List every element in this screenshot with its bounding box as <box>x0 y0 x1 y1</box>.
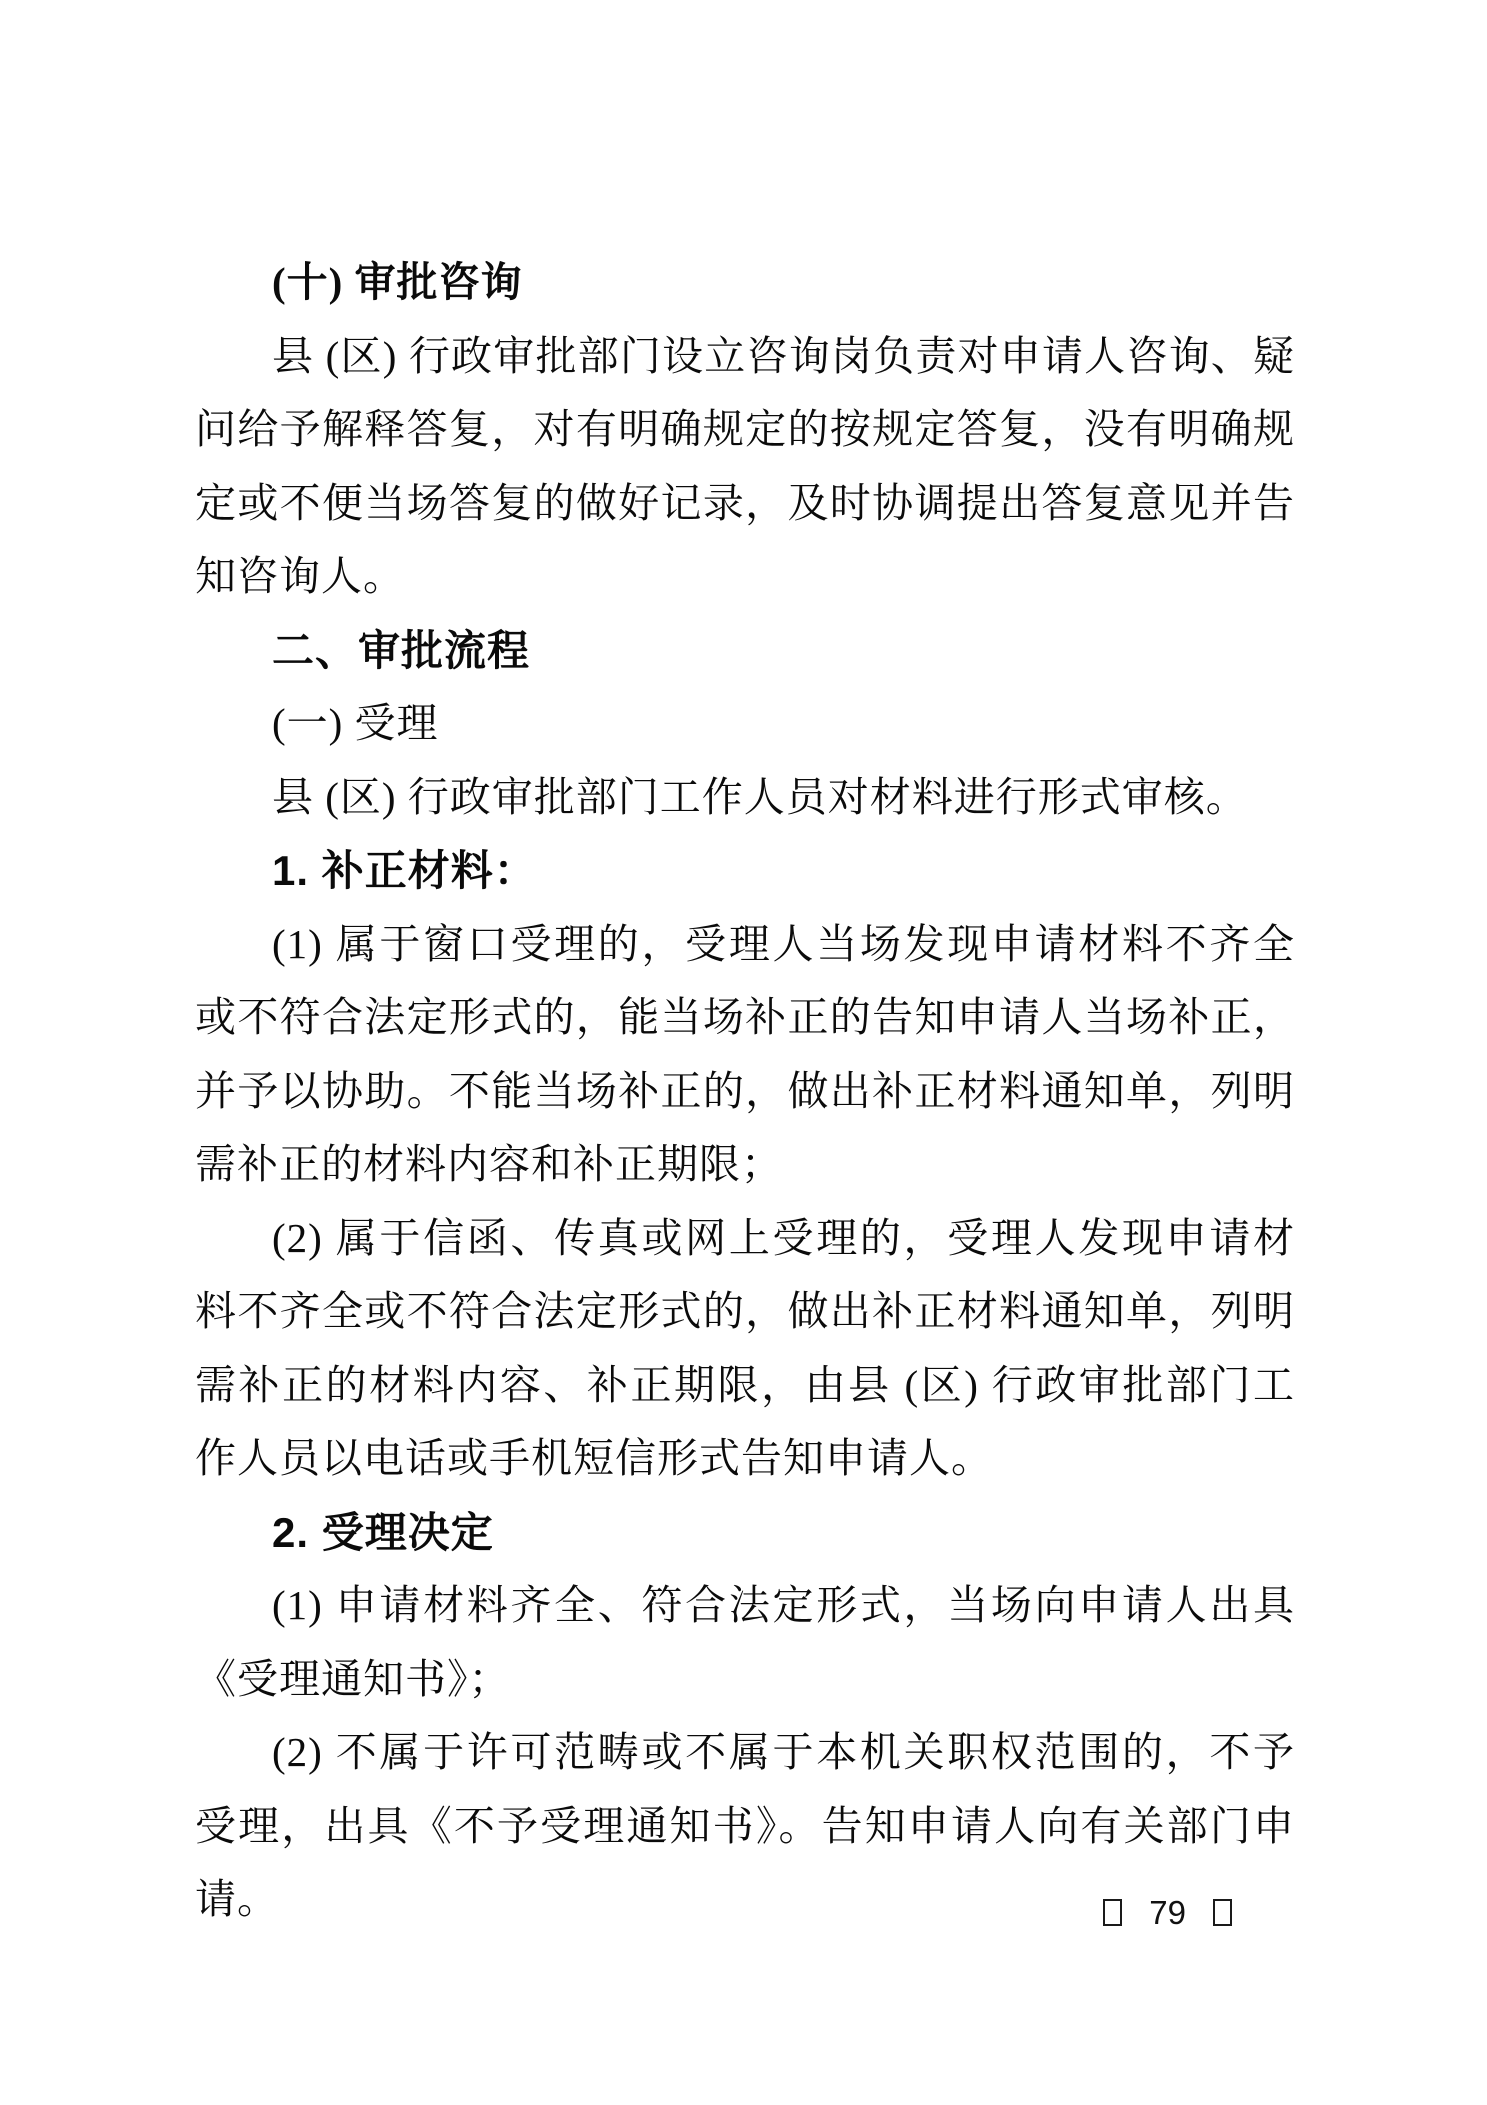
document-page: (十) 审批咨询 县 (区) 行政审批部门设立咨询岗负责对申请人咨询、疑问给予解… <box>0 0 1487 2105</box>
dash-tofu-box-icon <box>1103 1899 1122 1926</box>
paragraph-formal-review: 县 (区) 行政审批部门工作人员对材料进行形式审核。 <box>195 761 1295 835</box>
subsection-heading-acceptance: (一) 受理 <box>195 687 1295 761</box>
subsection-heading-approval-consultation: (十) 审批咨询 <box>195 246 1295 320</box>
document-text-block: (十) 审批咨询 县 (区) 行政审批部门设立咨询岗负责对申请人咨询、疑问给予解… <box>195 246 1295 1937</box>
dash-tofu-box-icon <box>1213 1899 1232 1926</box>
paragraph-consultation-duty: 县 (区) 行政审批部门设立咨询岗负责对申请人咨询、疑问给予解释答复，对有明确规… <box>195 320 1295 614</box>
paragraph-window-acceptance: (1) 属于窗口受理的，受理人当场发现申请材料不齐全或不符合法定形式的，能当场补… <box>195 908 1295 1202</box>
section-heading-approval-process: 二、审批流程 <box>195 614 1295 688</box>
numbered-heading-supplement-materials: 1. 补正材料： <box>195 834 1295 908</box>
page-number: 79 <box>1149 1896 1186 1929</box>
paragraph-mail-fax-online-acceptance: (2) 属于信函、传真或网上受理的，受理人发现申请材料不齐全或不符合法定形式的，… <box>195 1202 1295 1496</box>
numbered-heading-acceptance-decision: 2. 受理决定 <box>195 1496 1295 1570</box>
page-footer: 79 <box>1103 1892 1232 1932</box>
paragraph-acceptance-notice: (1) 申请材料齐全、符合法定形式，当场向申请人出具《受理通知书》； <box>195 1569 1295 1716</box>
